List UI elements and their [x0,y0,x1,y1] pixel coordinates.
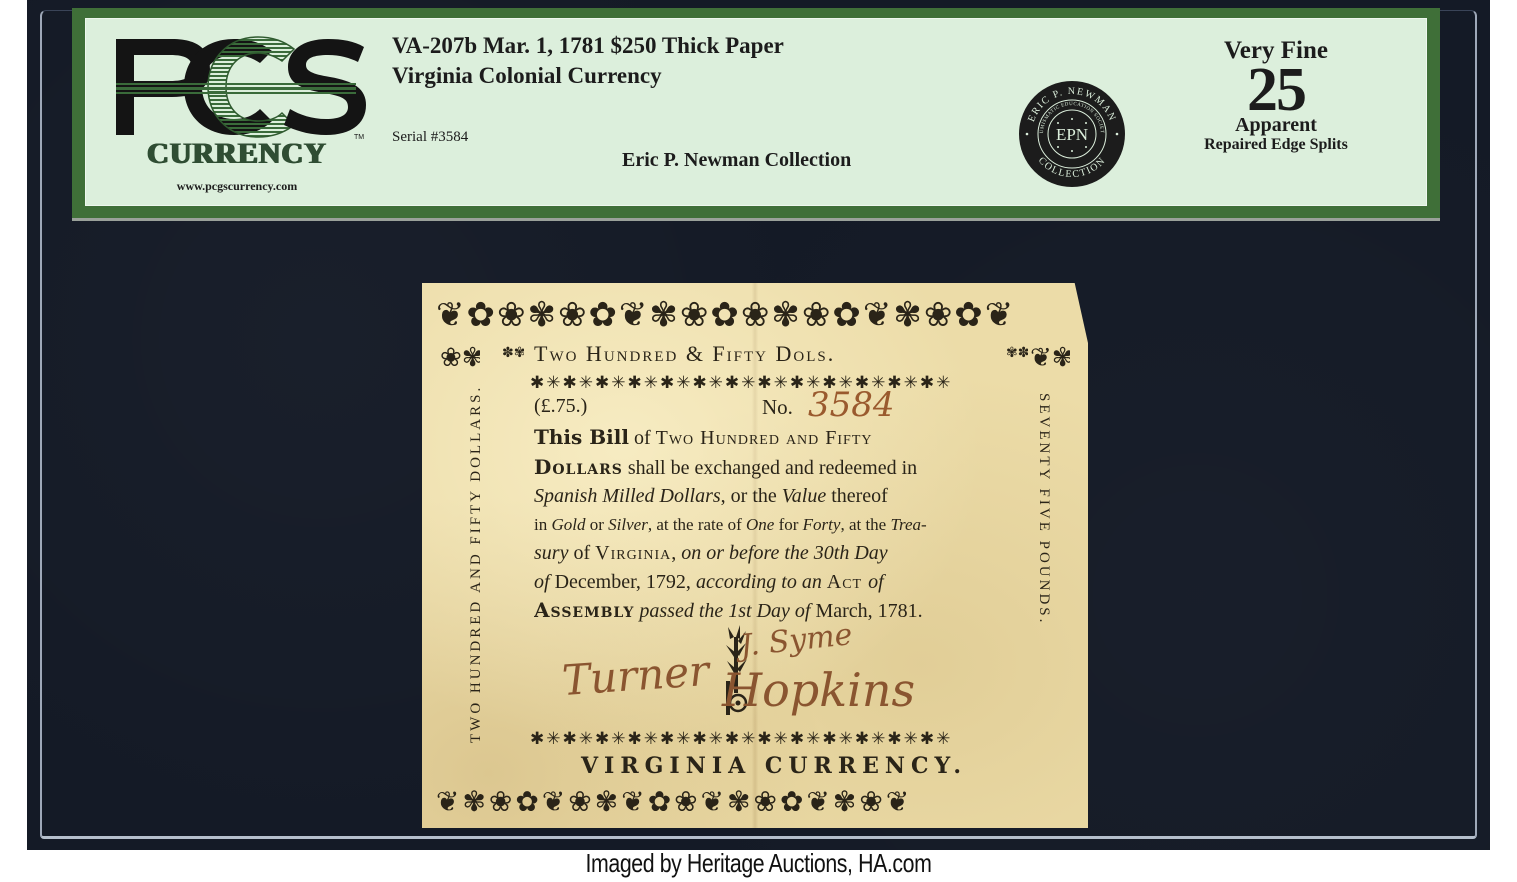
body-line: This Bill of Two Hundred and Fifty [534,423,1014,453]
epn-seal-icon: ERIC P. NEWMAN COLLECTION NUMISMATIC EDU… [1017,79,1127,189]
body-line: sury of Virginia, on or before the 30th … [534,539,1014,568]
number-label: No. [762,395,793,420]
body-line: of December, 1792, according to an Act o… [534,568,1014,597]
handwritten-serial: 3584 [808,385,895,425]
star-row-top: ✱✳✱✳✱✳✱✳✱✳✱✳✱✳✱✳✱✳✱✳✱✳✱✳✱✳ [530,373,1004,393]
body-line: in Gold or Silver, at the rate of One fo… [534,511,1014,540]
top-ornament-border: ❦✿❀✾❀✿❦✾❀✿❀✾❀✿❦✾❀✿❦ [436,291,1076,339]
right-vertical-text: SEVENTY FIVE POUNDS. [1035,393,1052,713]
svg-text:EPN: EPN [1056,125,1088,144]
banknote: ❦✿❀✾❀✿❦✾❀✿❀✾❀✿❦✾❀✿❦ ❀✾❦✿❀✾❦✿❀❦✾❀✿❦ ❦✾❀✿❦… [422,283,1088,828]
star-row-bottom: ✱✳✱✳✱✳✱✳✱✳✱✳✱✳✱✳✱✳✱✳✱✳✱✳✱✳ [530,729,1004,749]
pcgs-logo-icon: TM [102,31,372,141]
pcgs-currency-wordmark: CURRENCY [106,137,368,171]
note-title: VA-207b Mar. 1, 1781 $250 Thick Paper [392,33,784,59]
note-body-text: This Bill of Two Hundred and Fifty Dolla… [534,423,1014,626]
note-subtitle: Virginia Colonial Currency [392,63,662,89]
body-line: Spanish Milled Dollars, or the Value the… [534,482,1014,511]
body-line: Assembly passed the 1st Day of March, 17… [534,596,1014,626]
serial-number: Serial #3584 [392,129,468,146]
signature-turner: Turner [560,646,710,705]
label-panel: TM CURRENCY www.pcgscurrency.com VA-207b… [85,18,1427,206]
left-inner-border: ✽✾✽✾✽✾✽✾✽✾✽✾✽✾✽✾✽✾✽✾✽✾✽✾ [502,345,524,775]
grade-number: 25 [1156,65,1396,115]
signature-hopkins: Hopkins [722,663,915,717]
grading-label: TM CURRENCY www.pcgscurrency.com VA-207b… [72,8,1440,218]
collection-name: Eric P. Newman Collection [622,149,851,172]
grade-qualifier: Apparent [1156,115,1396,135]
grade-block: Very Fine 25 Apparent Repaired Edge Spli… [1156,37,1396,155]
denomination-line: Two Hundred & Fifty Dols. [534,341,835,367]
body-line: Dollars shall be exchanged and redeemed … [534,453,1014,483]
left-vertical-text: TWO HUNDRED AND FIFTY DOLLARS. [468,343,485,743]
bottom-ornament-border: ❦✾❀✿❦❀✾❦✿❀❦✾❀✿❦✾❀❦ [436,783,1076,821]
grade-note: Repaired Edge Splits [1156,135,1396,155]
pounds-value: (£.75.) [534,395,587,418]
image-credit-caption: Imaged by Heritage Auctions, HA.com [137,848,1381,879]
pcgs-url: www.pcgscurrency.com [106,179,368,194]
virginia-currency-line: VIRGINIA CURRENCY. [534,753,1014,779]
